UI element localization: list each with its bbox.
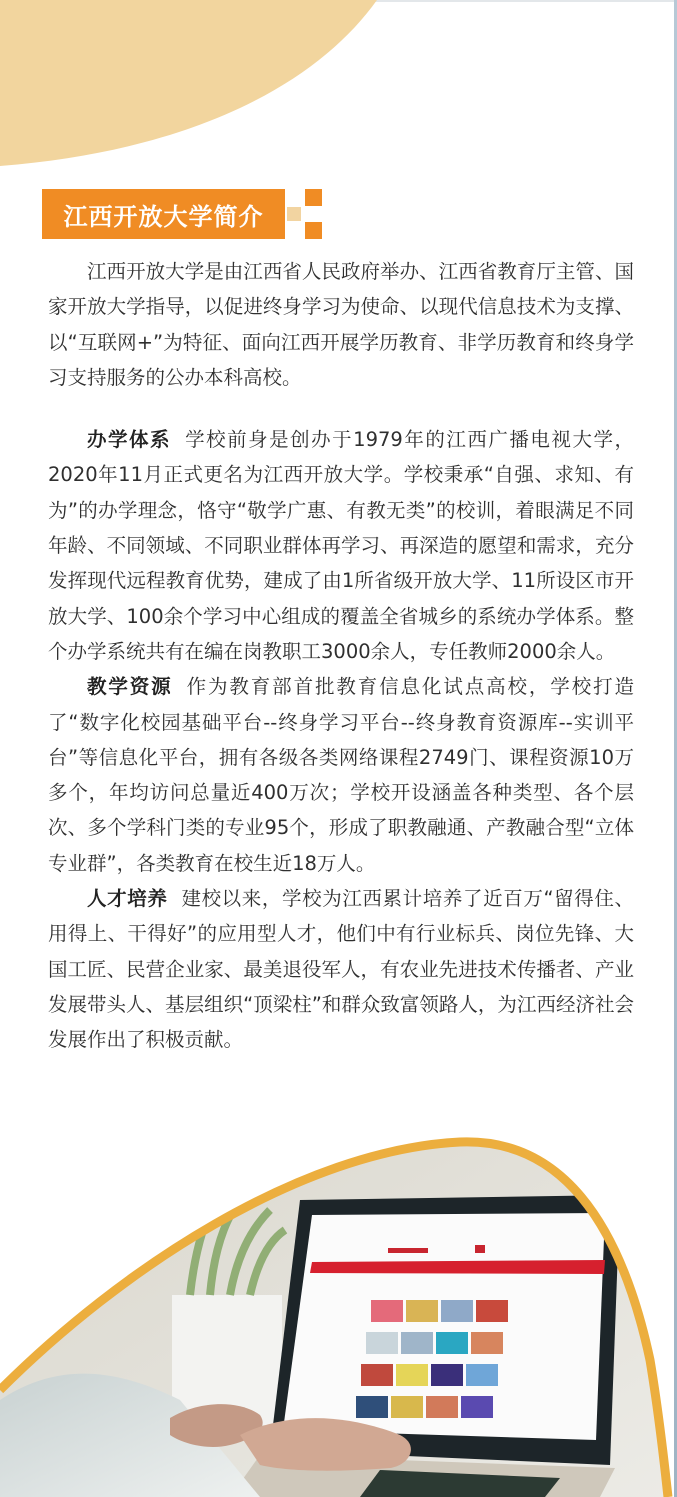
decorative-square-light — [287, 207, 301, 221]
section-text: 作为教育部首批教育信息化试点高校，学校打造了“数字化校园基础平台--终身学习平台… — [48, 675, 634, 874]
section-text: 学校前身是创办于1979年的江西广播电视大学，2020年11月正式更名为江西开放… — [48, 428, 634, 663]
section-text: 建校以来，学校为江西累计培养了近百万“留得住、用得上、干得好”的应用型人才，他们… — [48, 887, 634, 1051]
article-body: 江西开放大学是由江西省人民政府举办、江西省教育厅主管、国家开放大学指导，以促进终… — [48, 254, 634, 1058]
laptop-photo — [0, 1100, 677, 1497]
decorative-square-orange-bottom — [305, 222, 322, 239]
section-heading: 办学体系 — [87, 428, 171, 451]
page-title: 江西开放大学简介 — [42, 189, 285, 239]
section-paragraph-system: 办学体系学校前身是创办于1979年的江西广播电视大学，2020年11月正式更名为… — [48, 422, 634, 669]
decorative-square-orange-top — [305, 189, 322, 206]
intro-text: 江西开放大学是由江西省人民政府举办、江西省教育厅主管、国家开放大学指导，以促进终… — [48, 260, 634, 389]
section-heading: 教学资源 — [87, 675, 173, 698]
section-heading: 人才培养 — [87, 887, 167, 910]
section-paragraph-resources: 教学资源作为教育部首批教育信息化试点高校，学校打造了“数字化校园基础平台--终身… — [48, 669, 634, 881]
section-paragraph-talent: 人才培养建校以来，学校为江西累计培养了近百万“留得住、用得上、干得好”的应用型人… — [48, 881, 634, 1057]
intro-paragraph: 江西开放大学是由江西省人民政府举办、江西省教育厅主管、国家开放大学指导，以促进终… — [48, 254, 634, 395]
